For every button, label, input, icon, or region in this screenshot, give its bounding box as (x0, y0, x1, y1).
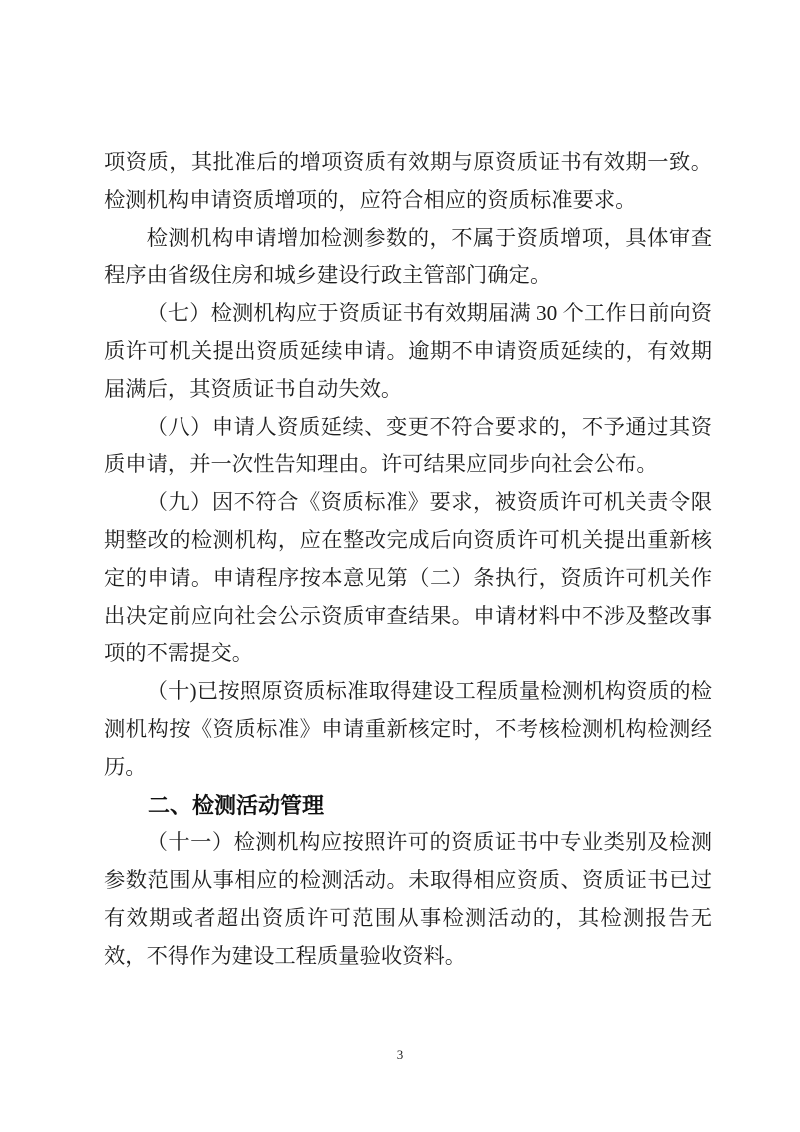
paragraph-item-10: （十)已按照原资质标准取得建设工程质量检测机构资质的检测机构按《资质标准》申请重… (104, 673, 712, 786)
paragraph-item-9: （九）因不符合《资质标准》要求，被资质许可机关责令限期整改的检测机构，应在整改完… (104, 484, 712, 673)
page-footer: 3 (0, 1046, 800, 1064)
document-body: 项资质，其批准后的增项资质有效期与原资质证书有效期一致。检测机构申请资质增项的，… (104, 144, 712, 976)
paragraph-item-8: （八）申请人资质延续、变更不符合要求的，不予通过其资质申请，并一次性告知理由。许… (104, 409, 712, 485)
paragraph-continuation: 项资质，其批准后的增项资质有效期与原资质证书有效期一致。检测机构申请资质增项的，… (104, 144, 712, 220)
paragraph-detection-parameters: 检测机构申请增加检测参数的，不属于资质增项，具体审查程序由省级住房和城乡建设行政… (104, 220, 712, 296)
page-number: 3 (397, 1047, 404, 1062)
section-heading-detection-activity-management: 二、检测活动管理 (104, 787, 712, 825)
document-page: 项资质，其批准后的增项资质有效期与原资质证书有效期一致。检测机构申请资质增项的，… (0, 0, 800, 1132)
paragraph-item-11: （十一）检测机构应按照许可的资质证书中专业类别及检测参数范围从事相应的检测活动。… (104, 824, 712, 975)
paragraph-item-7: （七）检测机构应于资质证书有效期届满 30 个工作日前向资质许可机关提出资质延续… (104, 295, 712, 408)
